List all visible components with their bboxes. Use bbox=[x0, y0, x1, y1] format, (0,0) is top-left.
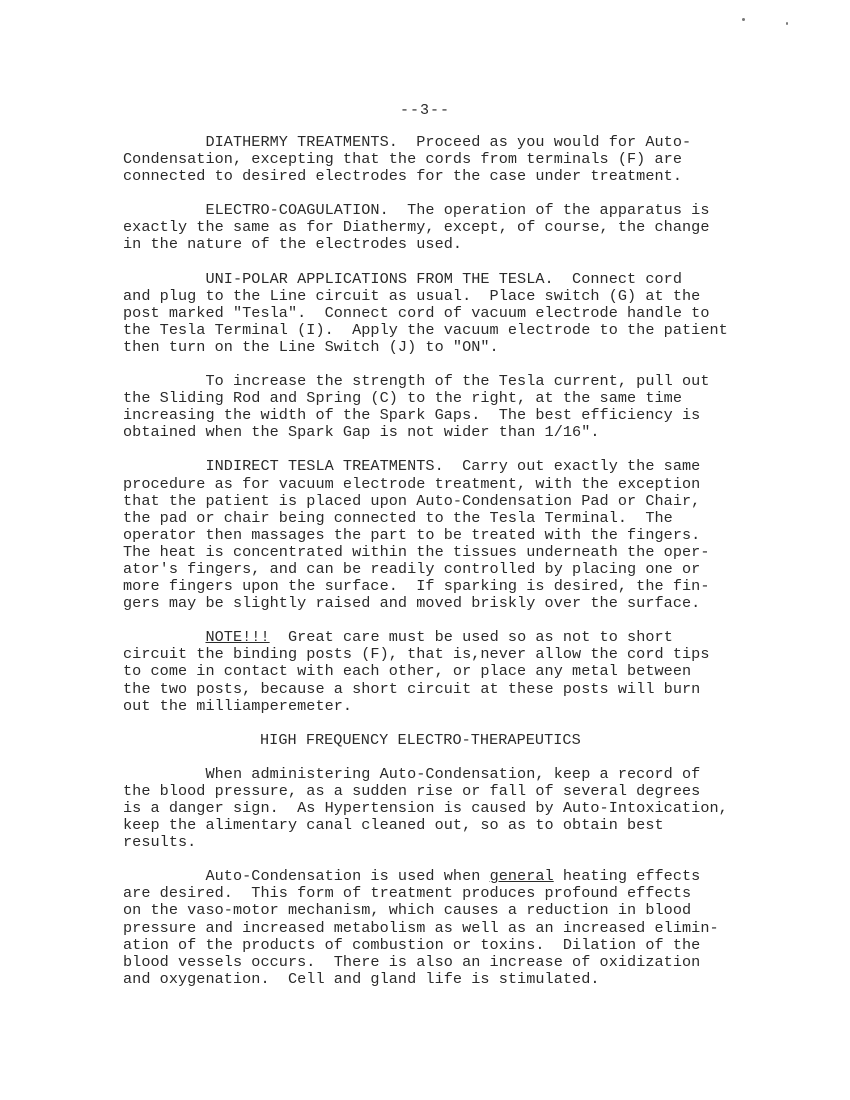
text-line: UNI-POLAR APPLICATIONS FROM THE TESLA. C… bbox=[123, 271, 823, 288]
text-line: the blood pressure, as a sudden rise or … bbox=[123, 783, 823, 800]
text-line: The heat is concentrated within the tiss… bbox=[123, 544, 823, 561]
text-line: more fingers upon the surface. If sparki… bbox=[123, 578, 823, 595]
section-heading: HIGH FREQUENCY ELECTRO-THERAPEUTICS bbox=[123, 732, 823, 749]
paragraph-diathermy: DIATHERMY TREATMENTS. Proceed as you wou… bbox=[123, 134, 823, 185]
text-line: When administering Auto-Condensation, ke… bbox=[123, 766, 823, 783]
scan-speck bbox=[742, 18, 745, 21]
text-line: ator's fingers, and can be readily contr… bbox=[123, 561, 823, 578]
paragraph-uni-polar: UNI-POLAR APPLICATIONS FROM THE TESLA. C… bbox=[123, 271, 823, 356]
text-line: the Tesla Terminal (I). Apply the vacuum… bbox=[123, 322, 823, 339]
text-line: circuit the binding posts (F), that is,n… bbox=[123, 646, 823, 663]
document-body: DIATHERMY TREATMENTS. Proceed as you wou… bbox=[123, 134, 823, 988]
paragraph-note: NOTE!!! Great care must be used so as no… bbox=[123, 629, 823, 714]
text-line: post marked "Tesla". Connect cord of vac… bbox=[123, 305, 823, 322]
text-line: pressure and increased metabolism as wel… bbox=[123, 920, 823, 937]
text-line: To increase the strength of the Tesla cu… bbox=[123, 373, 823, 390]
text-line: out the milliamperemeter. bbox=[123, 698, 823, 715]
text-line: are desired. This form of treatment prod… bbox=[123, 885, 823, 902]
text-line: connected to desired electrodes for the … bbox=[123, 168, 823, 185]
text-line: the two posts, because a short circuit a… bbox=[123, 681, 823, 698]
paragraph-indirect-tesla: INDIRECT TESLA TREATMENTS. Carry out exa… bbox=[123, 458, 823, 612]
text-line: the Sliding Rod and Spring (C) to the ri… bbox=[123, 390, 823, 407]
text-line: in the nature of the electrodes used. bbox=[123, 236, 823, 253]
text-line: on the vaso-motor mechanism, which cause… bbox=[123, 902, 823, 919]
text-line: results. bbox=[123, 834, 823, 851]
text-line: INDIRECT TESLA TREATMENTS. Carry out exa… bbox=[123, 458, 823, 475]
text-line: obtained when the Spark Gap is not wider… bbox=[123, 424, 823, 441]
text-line: increasing the width of the Spark Gaps. … bbox=[123, 407, 823, 424]
paragraph-electro-coagulation: ELECTRO-COAGULATION. The operation of th… bbox=[123, 202, 823, 253]
text-line: then turn on the Line Switch (J) to "ON"… bbox=[123, 339, 823, 356]
text-line: and oxygenation. Cell and gland life is … bbox=[123, 971, 823, 988]
text-line: is a danger sign. As Hypertension is cau… bbox=[123, 800, 823, 817]
text-line: exactly the same as for Diathermy, excep… bbox=[123, 219, 823, 236]
text-line: that the patient is placed upon Auto-Con… bbox=[123, 493, 823, 510]
text-line: blood vessels occurs. There is also an i… bbox=[123, 954, 823, 971]
paragraph-auto-condensation: Auto-Condensation is used when general h… bbox=[123, 868, 823, 988]
scan-speck bbox=[786, 22, 788, 25]
text-line: gers may be slightly raised and moved br… bbox=[123, 595, 823, 612]
text-line: ation of the products of combustion or t… bbox=[123, 937, 823, 954]
text-line: Auto-Condensation is used when general h… bbox=[123, 868, 823, 885]
text-line: NOTE!!! Great care must be used so as no… bbox=[123, 629, 823, 646]
text-line: Condensation, excepting that the cords f… bbox=[123, 151, 823, 168]
text-line: procedure as for vacuum electrode treatm… bbox=[123, 476, 823, 493]
paragraph-blood-pressure: When administering Auto-Condensation, ke… bbox=[123, 766, 823, 851]
text-line: and plug to the Line circuit as usual. P… bbox=[123, 288, 823, 305]
text-line: operator then massages the part to be tr… bbox=[123, 527, 823, 544]
text-line: DIATHERMY TREATMENTS. Proceed as you wou… bbox=[123, 134, 823, 151]
text-line: ELECTRO-COAGULATION. The operation of th… bbox=[123, 202, 823, 219]
text-line: to come in contact with each other, or p… bbox=[123, 663, 823, 680]
page-number: --3-- bbox=[0, 102, 850, 119]
text-line: the pad or chair being connected to the … bbox=[123, 510, 823, 527]
text-line: keep the alimentary canal cleaned out, s… bbox=[123, 817, 823, 834]
paragraph-tesla-strength: To increase the strength of the Tesla cu… bbox=[123, 373, 823, 441]
